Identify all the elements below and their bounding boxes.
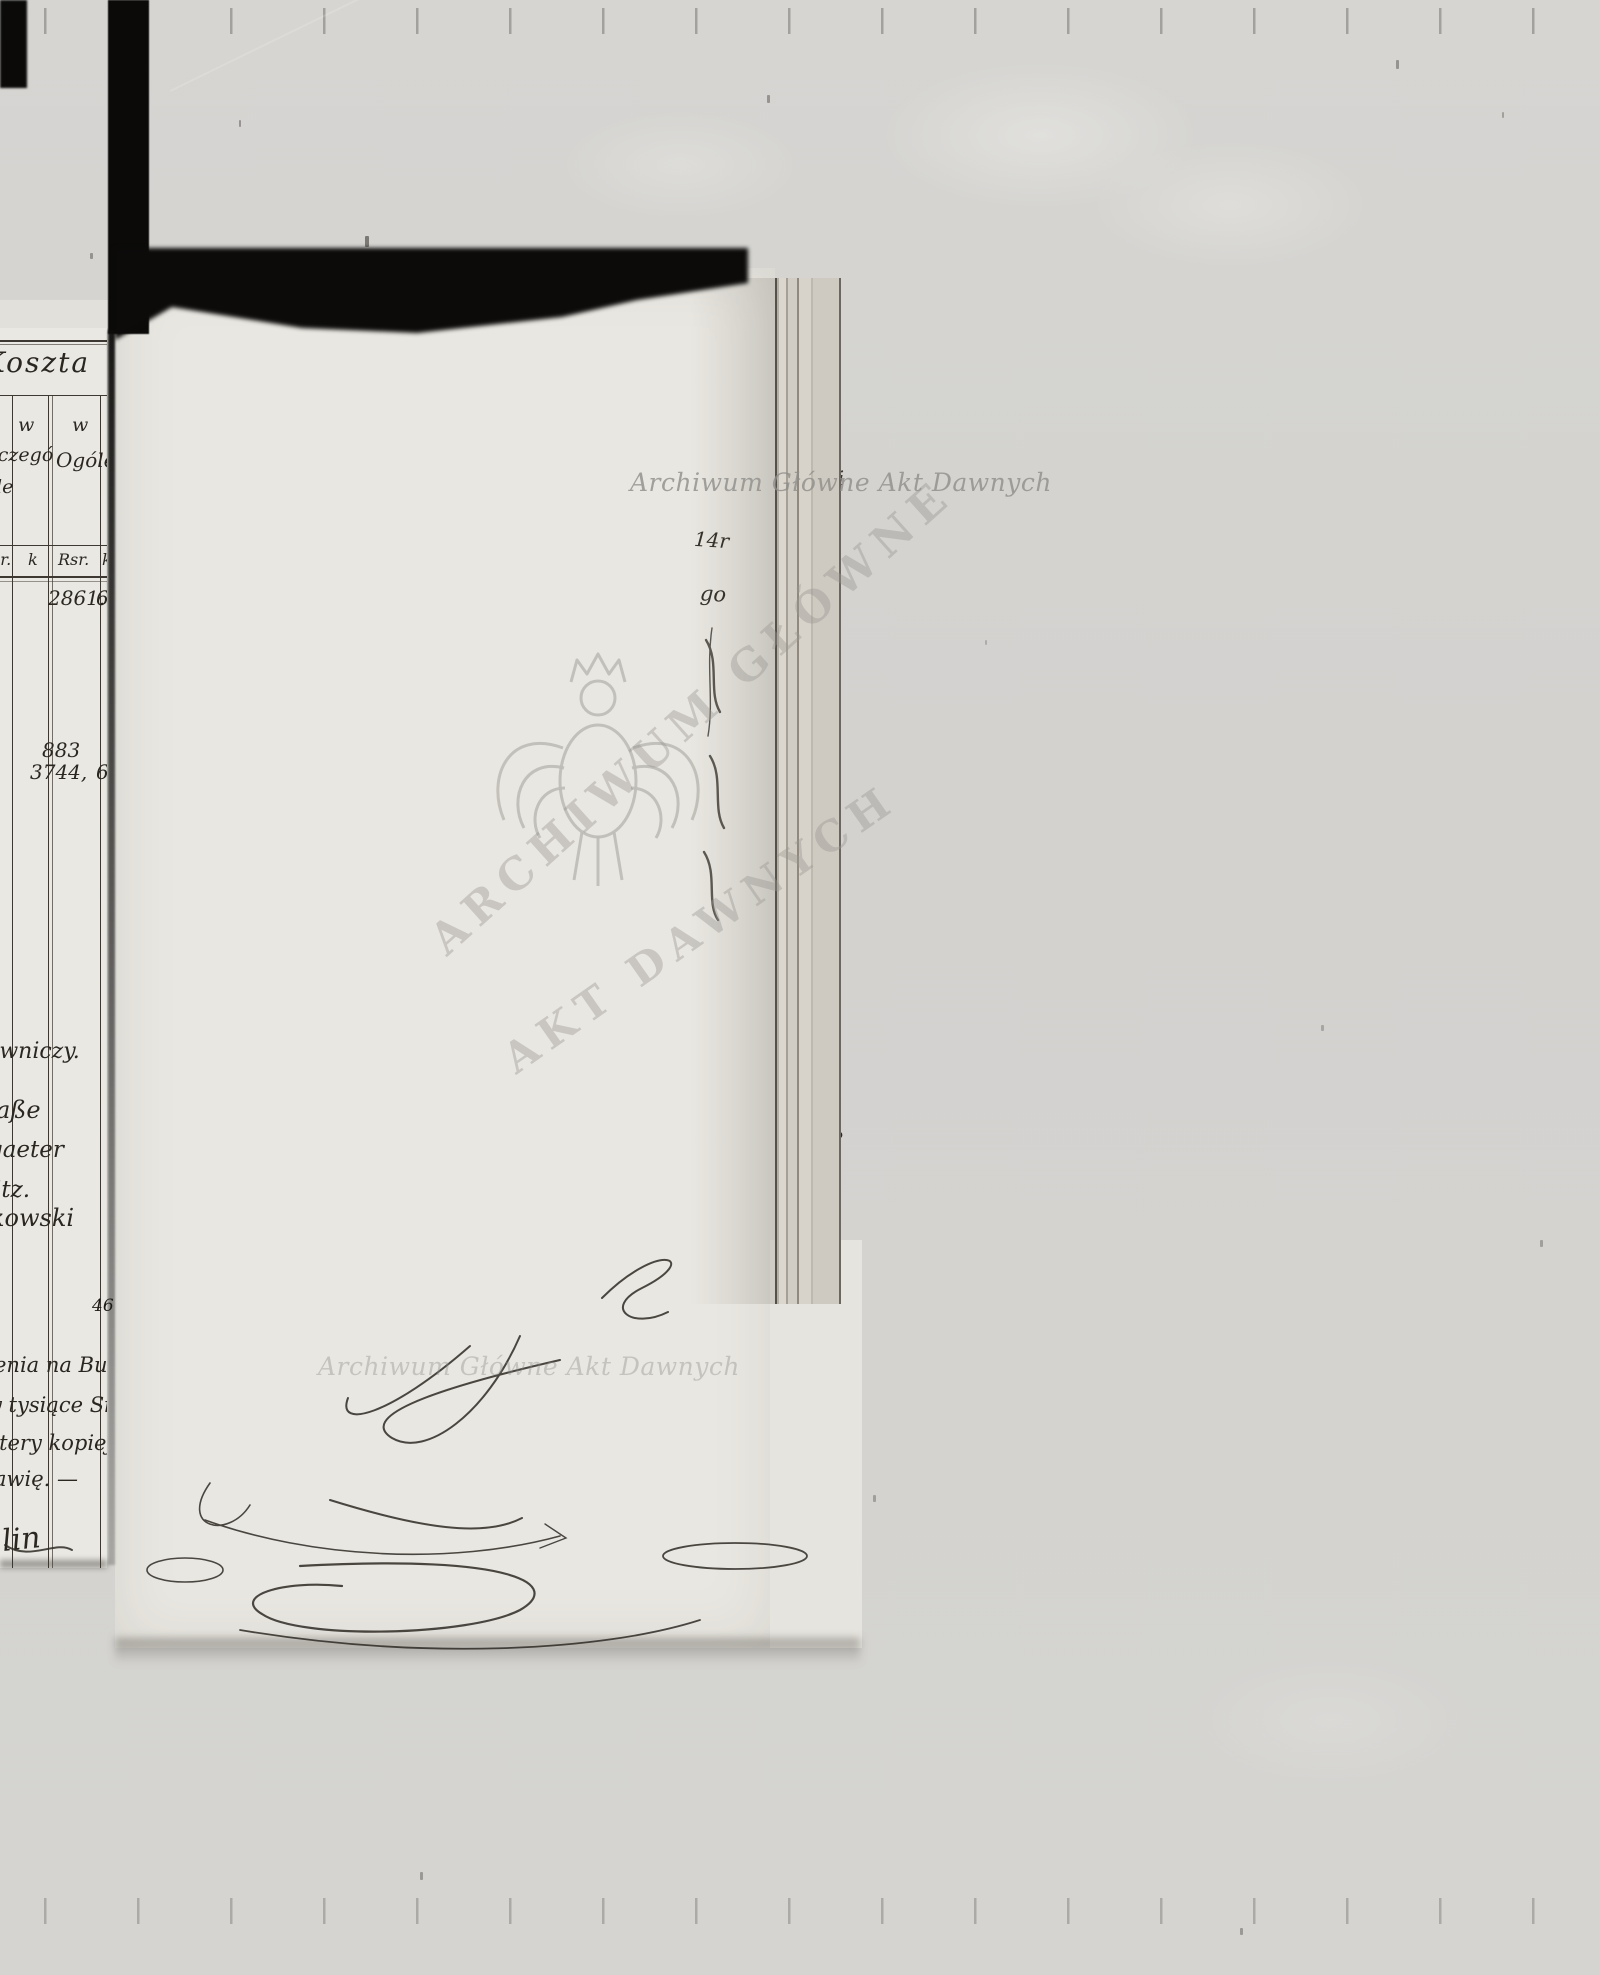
- film-speck: [1502, 112, 1504, 118]
- film-speck: [985, 640, 987, 645]
- table-rule: [0, 344, 107, 345]
- left-page-value: 883: [42, 740, 80, 761]
- left-page-text-fragment: kowski: [0, 1206, 74, 1231]
- film-perforation-marks-bottom: [0, 1898, 1600, 1924]
- left-page-col-detail: szczegó: [0, 446, 53, 466]
- page-gap-shadow: [108, 330, 115, 1565]
- film-blotch: [1090, 140, 1370, 270]
- left-page-col-total: Ogóle: [56, 450, 107, 471]
- film-blotch: [1180, 1650, 1480, 1790]
- table-rule: [0, 576, 107, 578]
- left-page-bottom-shadow: [0, 1560, 107, 1568]
- film-speck: [873, 1495, 876, 1502]
- left-page-col-total: w: [72, 416, 88, 436]
- left-page-text-fragment: y tysiące Siedm: [0, 1394, 107, 1416]
- table-rule: [0, 340, 107, 342]
- left-page-unit: Rsr.: [58, 552, 89, 569]
- film-black-wedge: [112, 245, 872, 355]
- left-page-unit: k: [28, 552, 38, 569]
- left-page-text-fragment: itz.: [0, 1178, 30, 1202]
- eagle-emblem-watermark: [468, 636, 728, 936]
- archive-watermark-text: Archiwum Główne Akt Dawnych: [318, 1352, 740, 1381]
- left-page-text-fragment: downiczy.: [0, 1040, 80, 1063]
- film-speck: [1396, 60, 1399, 69]
- archive-watermark-text: Archiwum Główne Akt Dawnych: [630, 468, 1052, 497]
- bleed-mark: 14r: [693, 529, 729, 552]
- bleed-mark: go: [699, 582, 726, 605]
- film-speck: [1321, 1025, 1324, 1031]
- film-speck: [767, 95, 770, 103]
- film-speck: [239, 120, 241, 127]
- microfilm-scan: Koszta w szczegó le w Ogóle Rsr. k Rsr. …: [0, 0, 1600, 1975]
- film-speck: [1240, 1928, 1243, 1935]
- left-page-value: 3744,: [30, 762, 87, 783]
- film-speck: [1540, 1240, 1543, 1247]
- left-page-unit: k: [102, 552, 107, 569]
- film-speck: [420, 1872, 423, 1880]
- film-perforation-marks-top: [0, 8, 1600, 34]
- table-rule: [0, 395, 107, 396]
- left-page-col-detail: le: [0, 478, 13, 498]
- left-page-top-edge: [0, 300, 108, 328]
- left-page-text-fragment: gaeter: [0, 1138, 64, 1162]
- left-page-fragment: Koszta w szczegó le w Ogóle Rsr. k Rsr. …: [0, 328, 107, 1568]
- left-page-value: 64: [96, 588, 107, 609]
- left-page-text-fragment: enia na Bu-: [0, 1354, 107, 1376]
- left-page-text-fragment: aße: [0, 1098, 41, 1123]
- left-page-text-fragment: ztery kopiejek: [0, 1432, 107, 1454]
- left-page-col-detail: w: [18, 416, 34, 436]
- film-black-corner: [0, 0, 27, 88]
- left-page-value: 64: [96, 762, 107, 783]
- left-page-costs-header: Koszta: [0, 348, 90, 377]
- left-page-signature-fragment: lin: [0, 1522, 42, 1557]
- table-rule: [0, 581, 107, 582]
- table-rule: [0, 545, 107, 546]
- left-page-unit: Rsr.: [0, 552, 11, 569]
- film-blotch: [560, 110, 800, 220]
- page-bottom-shadow: [115, 1638, 860, 1664]
- book-fore-edge: [775, 278, 841, 1304]
- left-page-text-fragment: awię. —: [0, 1468, 78, 1490]
- film-speck: [90, 253, 93, 259]
